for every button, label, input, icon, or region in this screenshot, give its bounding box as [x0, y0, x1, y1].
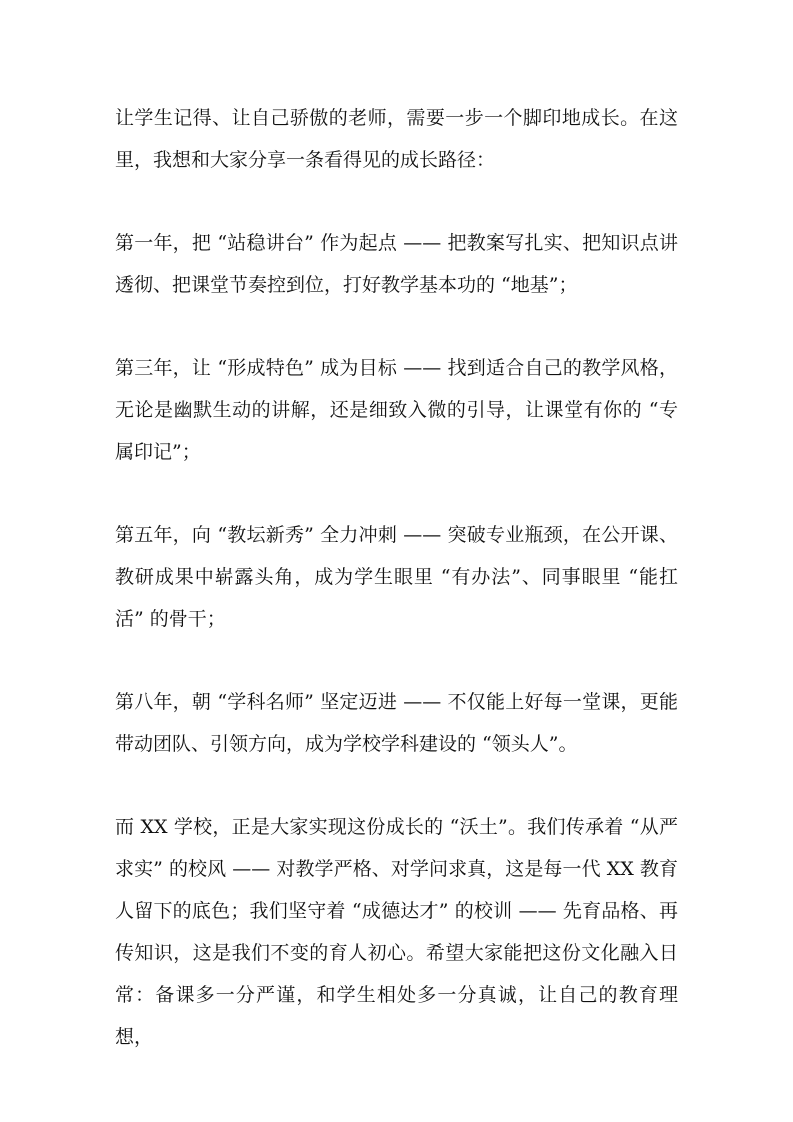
- document-content: 让学生记得、让自己骄傲的老师，需要一步一个脚印地成长。在这里，我想和大家分享一条…: [115, 97, 678, 1058]
- paragraph-year-five: 第五年，向 “教坛新秀” 全力冲刺 —— 突破专业瓶颈，在公开课、教研成果中崭露…: [115, 514, 678, 640]
- document-page: 让学生记得、让自己骄傲的老师，需要一步一个脚印地成长。在这里，我想和大家分享一条…: [0, 0, 793, 1122]
- paragraph-year-eight: 第八年，朝 “学科名师” 坚定迈进 —— 不仅能上好每一堂课，更能带动团队、引领…: [115, 681, 678, 765]
- paragraph-growth-path-intro: 让学生记得、让自己骄傲的老师，需要一步一个脚印地成长。在这里，我想和大家分享一条…: [115, 97, 678, 181]
- paragraph-year-three: 第三年，让 “形成特色” 成为目标 —— 找到适合自己的教学风格，无论是幽默生动…: [115, 347, 678, 473]
- paragraph-year-one: 第一年，把 “站稳讲台” 作为起点 —— 把教案写扎实、把知识点讲透彻、把课堂节…: [115, 222, 678, 306]
- paragraph-school-culture: 而 XX 学校，正是大家实现这份成长的 “沃土”。我们传承着 “从严求实” 的校…: [115, 806, 678, 1058]
